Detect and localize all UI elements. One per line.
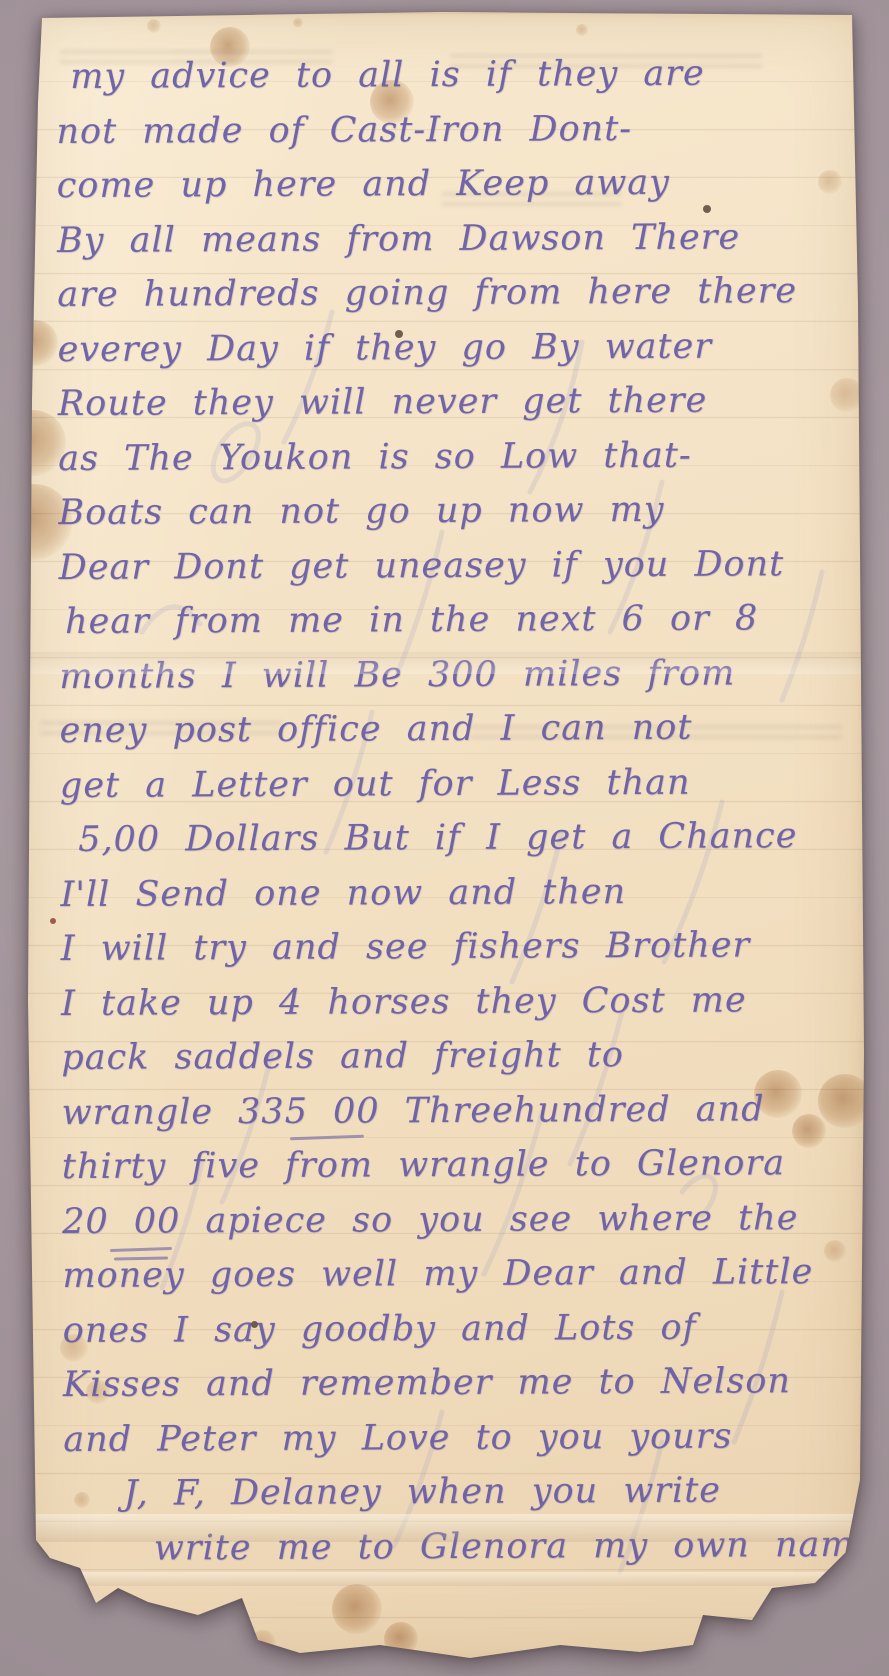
stain bbox=[332, 1584, 382, 1634]
handwritten-line: come up here and Keep away bbox=[57, 155, 833, 214]
handwritten-line: as The Youkon is so Low that- bbox=[58, 427, 834, 486]
handwritten-line: I'll Send one now and then bbox=[60, 863, 836, 922]
handwritten-line: J, F, Delaney when you write bbox=[63, 1463, 839, 1522]
handwritten-line: 5,00 Dollars But if I get a Chance bbox=[60, 809, 836, 868]
handwritten-line: I will try and see fishers Brother bbox=[61, 918, 837, 977]
stain bbox=[293, 18, 303, 28]
ink-speck bbox=[50, 918, 56, 924]
letter-scan-scene: my advice to all is if they arenot made … bbox=[0, 0, 889, 1676]
letter-paper: my advice to all is if they arenot made … bbox=[22, 12, 864, 1664]
handwritten-line: Kisses and remember me to Nelson bbox=[63, 1354, 839, 1413]
handwritten-line: get a Letter out for Less than bbox=[60, 754, 836, 813]
stain bbox=[576, 24, 588, 36]
handwritten-line: write me to Glenora my own name bbox=[64, 1517, 840, 1576]
letter-body: my advice to all is if they arenot made … bbox=[56, 46, 840, 1576]
handwritten-line: Route they will never get there bbox=[58, 373, 834, 432]
handwritten-line: Dear Dont get uneasey if you Dont bbox=[59, 536, 835, 595]
handwritten-line: By all means from Dawson There bbox=[57, 209, 833, 268]
handwritten-line: thirty five from wrangle to Glenora bbox=[62, 1136, 838, 1195]
handwritten-line: are hundreds going from here there bbox=[57, 264, 833, 323]
handwritten-line: money goes well my Dear and Little bbox=[62, 1245, 838, 1304]
handwritten-line: months I will Be 300 miles from bbox=[59, 645, 835, 704]
handwritten-line: eney post office and I can not bbox=[59, 700, 835, 759]
handwritten-line: I take up 4 horses they Cost me bbox=[61, 972, 837, 1031]
handwritten-line: ones I say goodby and Lots of bbox=[63, 1299, 839, 1358]
stain bbox=[250, 1630, 276, 1656]
stain bbox=[0, 410, 66, 476]
handwritten-line: 20 00 apiece so you see where the bbox=[62, 1190, 838, 1249]
handwritten-line: hear from me in the next 6 or 8 bbox=[59, 591, 835, 650]
handwritten-line: my advice to all is if they are bbox=[56, 46, 832, 105]
stain bbox=[12, 320, 58, 366]
handwritten-line: pack saddels and freight to bbox=[61, 1027, 837, 1086]
paper-shadow-wrap: my advice to all is if they arenot made … bbox=[0, 0, 889, 1676]
stain bbox=[384, 1622, 418, 1656]
handwritten-line: everey Day if they go By water bbox=[57, 318, 833, 377]
stain bbox=[830, 378, 864, 412]
stain bbox=[147, 19, 161, 33]
handwritten-line: Boats can not go up now my bbox=[58, 482, 834, 541]
handwritten-line: not made of Cast-Iron Dont- bbox=[56, 100, 832, 159]
handwritten-line: and Peter my Love to you yours bbox=[63, 1408, 839, 1467]
handwritten-line: wrangle 335 00 Threehundred and bbox=[61, 1081, 837, 1140]
